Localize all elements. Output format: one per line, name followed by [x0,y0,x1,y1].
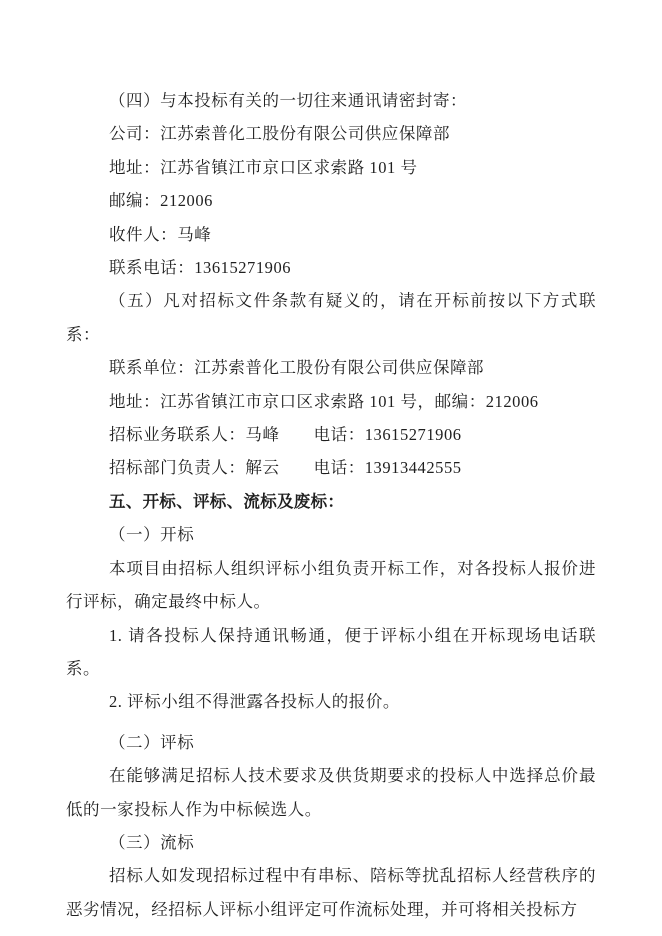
document-page: （四）与本投标有关的一切往来通讯请密封寄： 公司：江苏索普化工股份有限公司供应保… [0,0,662,936]
para-contact-unit: 联系单位：江苏索普化工股份有限公司供应保障部 [66,351,596,384]
para-contact-phone: 联系电话：13615271906 [66,251,596,284]
para-dept-head-contact: 招标部门负责人：解云 电话：13913442555 [66,451,596,484]
para-address: 地址：江苏省镇江市京口区求索路 101 号 [66,151,596,184]
para-bid-evaluation-body: 在能够满足招标人技术要求及供货期要求的投标人中选择总价最低的一家投标人作为中标候… [66,759,596,826]
para-mailing-notice: （四）与本投标有关的一切往来通讯请密封寄： [66,84,596,117]
document-body: （四）与本投标有关的一切往来通讯请密封寄： 公司：江苏索普化工股份有限公司供应保… [66,84,596,926]
para-company: 公司：江苏索普化工股份有限公司供应保障部 [66,117,596,150]
para-recipient: 收件人：马峰 [66,218,596,251]
subheading-bid-evaluation: （二）评标 [66,726,596,759]
para-item-1: 1. 请各投标人保持通讯畅通，便于评标小组在开标现场电话联系。 [66,619,596,686]
subheading-failed-bid: （三）流标 [66,826,596,859]
para-inquiry-notice: （五）凡对招标文件条款有疑义的，请在开标前按以下方式联系： [66,284,596,351]
para-postcode: 邮编：212006 [66,184,596,217]
para-bid-opening-body: 本项目由招标人组织评标小组负责开标工作，对各投标人报价进行评标，确定最终中标人。 [66,552,596,619]
subheading-bid-opening: （一）开标 [66,518,596,551]
para-item-2: 2. 评标小组不得泄露各投标人的报价。 [66,685,596,718]
para-failed-bid-body: 招标人如发现招标过程中有串标、陪标等扰乱招标人经营秩序的恶劣情况，经招标人评标小… [66,859,596,926]
para-contact-address: 地址：江苏省镇江市京口区求索路 101 号，邮编：212006 [66,385,596,418]
heading-section-5: 五、开标、评标、流标及废标： [66,485,596,518]
para-bid-contact-person: 招标业务联系人：马峰 电话：13615271906 [66,418,596,451]
